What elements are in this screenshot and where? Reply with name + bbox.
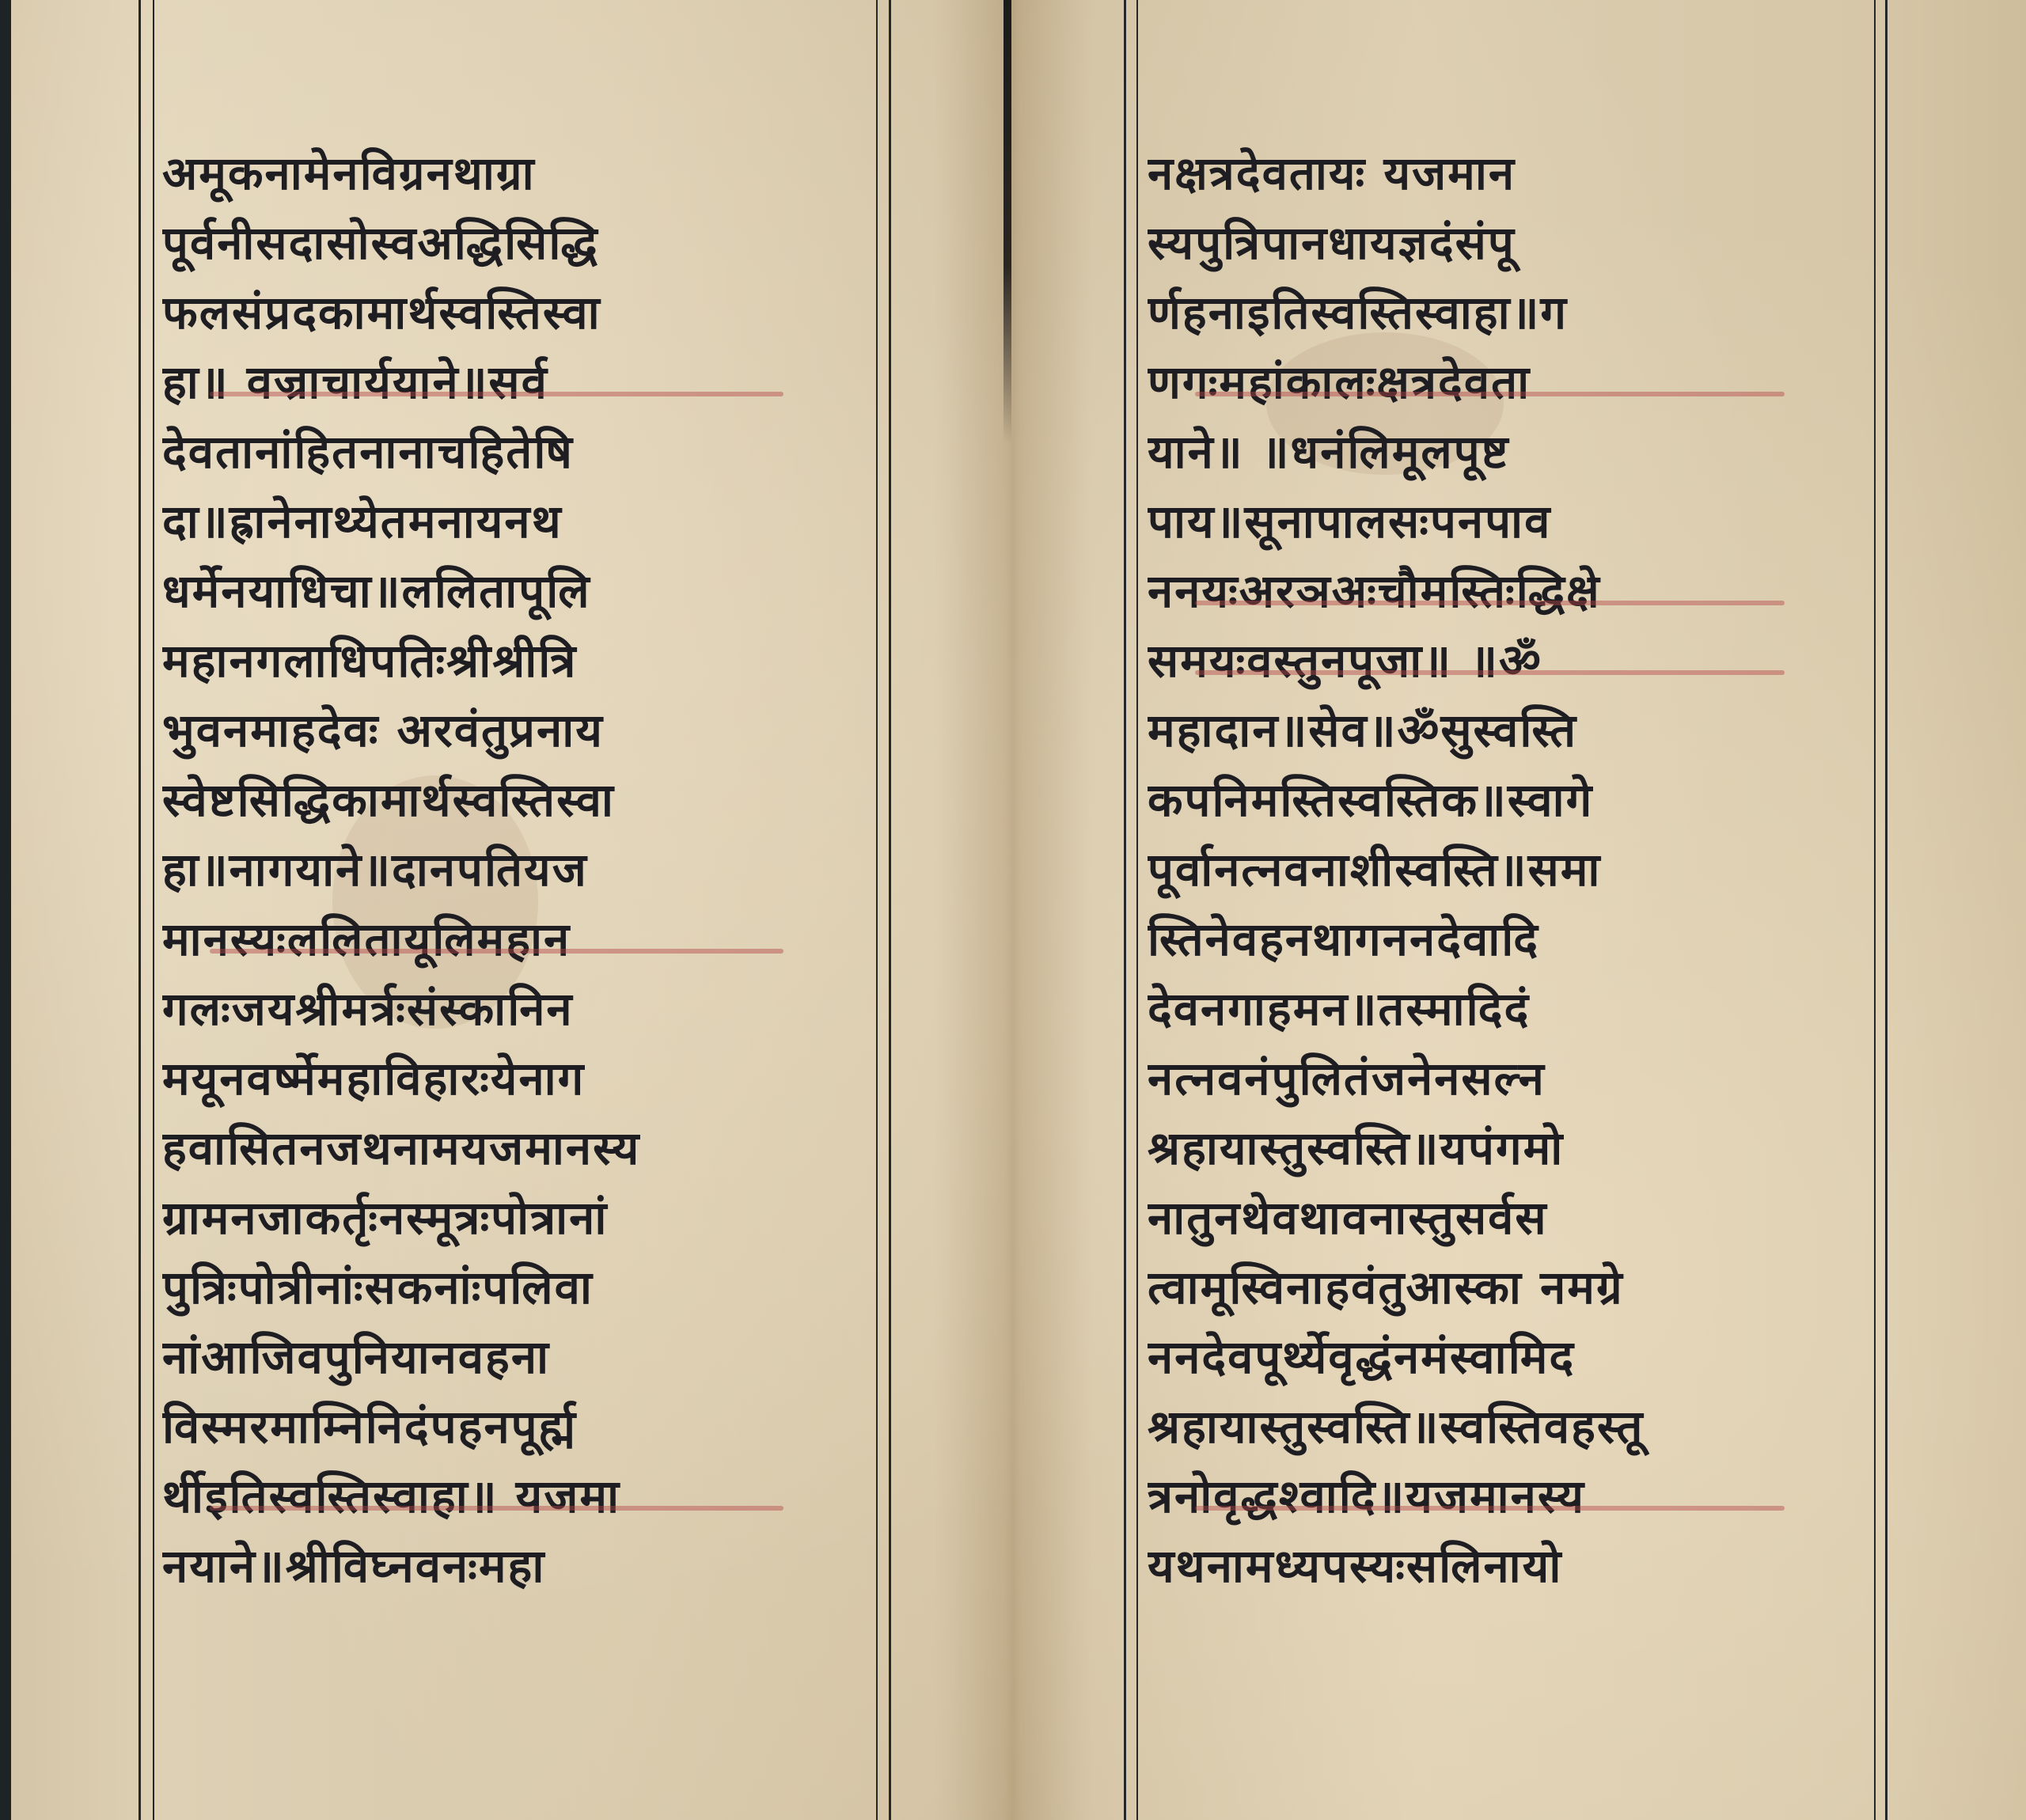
manuscript-line: नातुनथेवथावनास्तुसर्वस	[1148, 1183, 1880, 1253]
right-page-text: नक्षत्रदेवतायः यजमान स्यपुत्रिपानधायज्ञद…	[1148, 138, 1880, 1601]
manuscript-line: भुवनमाहदेवः अरवंतुप्रनाय	[162, 696, 878, 765]
margin-rule-right-outer	[1885, 0, 1888, 1820]
manuscript-line: हा॥नागयाने॥दानपतियज	[162, 835, 878, 904]
manuscript-line-red-marked: णगःमहांकालःक्षत्रदेवता	[1148, 347, 1880, 417]
page-fold-shadow	[934, 0, 1092, 1820]
manuscript-line: नयाने॥श्रीविघ्नवनःमहा	[162, 1531, 878, 1601]
margin-rule-left-inner	[153, 0, 154, 1820]
right-page: नक्षत्रदेवतायः यजमान स्यपुत्रिपानधायज्ञद…	[1124, 0, 1895, 1820]
manuscript-line: महादान॥सेव॥ॐसुस्वस्ति	[1148, 696, 1880, 765]
manuscript-line: पुत्रिःपोत्रीनांःसकनांःपलिवा	[162, 1253, 878, 1322]
manuscript-line: कपनिमस्तिस्वस्तिक॥स्वागे	[1148, 765, 1880, 835]
margin-rule-left-inner	[1136, 0, 1138, 1820]
manuscript-line: नक्षत्रदेवतायः यजमान	[1148, 138, 1880, 208]
manuscript-line: फलसंप्रदकामार्थस्वस्तिस्वा	[162, 278, 878, 347]
manuscript-line-red-marked: ननयःअरञअःचौमस्तिःद्धिक्षे	[1148, 556, 1880, 626]
manuscript-line: यथनामध्यपस्यःसलिनायो	[1148, 1531, 1880, 1601]
manuscript-line-red-marked: र्थीइतिस्वस्तिस्वाहा॥ यजमा	[162, 1462, 878, 1531]
manuscript-line: श्रहायास्तुस्वस्ति॥स्वस्तिवहस्तू	[1148, 1392, 1880, 1462]
margin-rule-left-outer	[1124, 0, 1126, 1820]
manuscript-line: ननदेवपूर्थ्येवृद्धंनमंस्वामिद	[1148, 1322, 1880, 1392]
manuscript-line: देवनगाहमन॥तस्मादिदं	[1148, 974, 1880, 1044]
manuscript-line-red-marked: मानस्यःललितायूलिमहान	[162, 904, 878, 974]
manuscript-line: धर्मेनयाधिचा॥ललितापूलि	[162, 556, 878, 626]
manuscript-line: दा॥ह्रानेनाथ्येतमनायनथ	[162, 487, 878, 556]
margin-rule-right-outer	[889, 0, 891, 1820]
manuscript-line: र्णहनाइतिस्वस्तिस्वाहा॥ग	[1148, 278, 1880, 347]
binding-gutter	[1004, 0, 1011, 443]
manuscript-line: त्वामूस्विनाहवंतुआस्का नमग्रे	[1148, 1253, 1880, 1322]
manuscript-line: पूर्वानत्नवनाशीस्वस्ति॥समा	[1148, 835, 1880, 904]
manuscript-line: गलःजयश्रीमर्त्रःसंस्कानिन	[162, 974, 878, 1044]
manuscript-line: देवतानांहितनानाचहितेषि	[162, 417, 878, 487]
manuscript-line: नत्नवनंपुलितंजनेनसल्न	[1148, 1044, 1880, 1113]
manuscript-line: अमूकनामेनविग्रनथाग्रा	[162, 138, 878, 208]
manuscript-line-red-marked: समयःवस्तुनपूजा॥ ॥ॐ	[1148, 626, 1880, 696]
margin-rule-left-outer	[138, 0, 141, 1820]
manuscript-line: नांआजिवपुनियानवहना	[162, 1322, 878, 1392]
manuscript-line: महानगलाधिपतिःश्रीश्रीत्रि	[162, 626, 878, 696]
manuscript-line-red-marked: त्रनोवृद्धश्वादि॥यजमानस्य	[1148, 1462, 1880, 1531]
manuscript-line: हवासितनजथनामयजमानस्य	[162, 1113, 878, 1183]
left-page: अमूकनामेनविग्रनथाग्रा पूर्वनीसदासोस्वअद्…	[138, 0, 894, 1820]
manuscript-line-red-marked: हा॥ वज्राचार्ययाने॥सर्व	[162, 347, 878, 417]
manuscript-spread: अमूकनामेनविग्रनथाग्रा पूर्वनीसदासोस्वअद्…	[0, 0, 2026, 1820]
background-edge	[0, 0, 11, 1820]
left-page-text: अमूकनामेनविग्रनथाग्रा पूर्वनीसदासोस्वअद्…	[162, 138, 878, 1601]
manuscript-line: स्तिनेवहनथागननदेवादि	[1148, 904, 1880, 974]
manuscript-line: मयूनवर्ष्मेमहाविहारःयेनाग	[162, 1044, 878, 1113]
manuscript-line: स्वेष्टसिद्धिकामार्थस्वस्तिस्वा	[162, 765, 878, 835]
manuscript-line: याने॥ ॥धनंलिमूलपूष्ट	[1148, 417, 1880, 487]
manuscript-line: पाय॥सूनापालसःपनपाव	[1148, 487, 1880, 556]
manuscript-line: ग्रामनजाकर्तृःनस्मूत्रःपोत्रानां	[162, 1183, 878, 1253]
manuscript-line: स्यपुत्रिपानधायज्ञदंसंपू	[1148, 208, 1880, 278]
manuscript-line: श्रहायास्तुस्वस्ति॥यपंगमो	[1148, 1113, 1880, 1183]
manuscript-line: पूर्वनीसदासोस्वअद्धिसिद्धि	[162, 208, 878, 278]
manuscript-line: विस्मरमाम्निनिदंपहनपूर्ह्म	[162, 1392, 878, 1462]
